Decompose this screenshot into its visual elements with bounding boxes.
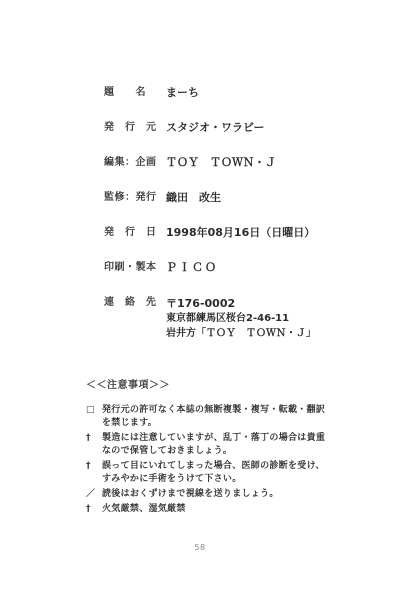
note-item: ／ 読後はおくずけまで視線を送りましょう。	[86, 488, 332, 501]
notes-header: ＜＜注意事項＞＞	[86, 376, 332, 391]
colophon-row-editing: 編集：企画 ＴＯＹ ＴＯＷＮ・Ｊ	[104, 156, 364, 170]
issue-date-label: 発 行 日	[104, 226, 166, 240]
note-item: † 製造には注意していますが、乱丁・落丁の場合は貴重なので保管しておきましょう。	[86, 432, 332, 458]
supervision-value: 織田 改生	[166, 191, 221, 205]
printing-label: 印刷・製本	[104, 261, 166, 275]
supervision-label: 監修：発行	[104, 191, 166, 205]
colophon-row-printing: 印刷・製本 ＰＩＣＯ	[104, 261, 364, 275]
contact-address: 東京都練馬区桜台2-46-11	[166, 311, 316, 326]
colophon-row-supervision: 監修：発行 織田 改生	[104, 191, 364, 205]
colophon-block: 題 名 まーち 発 行 元 スタジオ・ワラビー 編集：企画 ＴＯＹ ＴＯＷＮ・Ｊ…	[104, 86, 364, 362]
colophon-row-issue-date: 発 行 日 1998年08月16日（日曜日）	[104, 226, 364, 240]
note-text: 誤って目にいれてしまった場合、医師の診断を受け、すみやかに手術をうけて下さい。	[102, 460, 332, 486]
note-text: 製造には注意していますが、乱丁・落丁の場合は貴重なので保管しておきましょう。	[102, 432, 332, 458]
note-text: 読後はおくずけまで視線を送りましょう。	[102, 488, 332, 501]
publisher-label: 発 行 元	[104, 121, 166, 135]
editing-label: 編集：企画	[104, 156, 166, 170]
page-number: 58	[188, 543, 212, 552]
note-marker-icon: □	[86, 404, 102, 417]
contact-postal-code: 〒176-0002	[166, 296, 316, 311]
note-item: □ 発行元の許可なく本誌の無断複製・複写・転載・翻訳を禁じます。	[86, 404, 332, 430]
contact-value: 〒176-0002 東京都練馬区桜台2-46-11 岩井方「ＴＯＹ ＴＯＷＮ・Ｊ…	[166, 296, 316, 341]
editing-value: ＴＯＹ ＴＯＷＮ・Ｊ	[166, 156, 276, 170]
note-marker-icon: †	[86, 432, 102, 445]
note-marker-icon: †	[86, 460, 102, 473]
notes-block: ＜＜注意事項＞＞ □ 発行元の許可なく本誌の無断複製・複写・転載・翻訳を禁じます…	[86, 376, 332, 518]
note-marker-icon: †	[86, 503, 102, 516]
publisher-value: スタジオ・ワラビー	[166, 121, 265, 135]
issue-date-value: 1998年08月16日（日曜日）	[166, 226, 315, 240]
colophon-row-contact: 連 絡 先 〒176-0002 東京都練馬区桜台2-46-11 岩井方「ＴＯＹ …	[104, 296, 364, 341]
colophon-row-title: 題 名 まーち	[104, 86, 364, 100]
note-item: † 火気厳禁、湿気厳禁	[86, 503, 332, 516]
colophon-row-publisher: 発 行 元 スタジオ・ワラビー	[104, 121, 364, 135]
note-item: † 誤って目にいれてしまった場合、医師の診断を受け、すみやかに手術をうけて下さい…	[86, 460, 332, 486]
title-value: まーち	[166, 86, 199, 100]
note-text: 発行元の許可なく本誌の無断複製・複写・転載・翻訳を禁じます。	[102, 404, 332, 430]
contact-label: 連 絡 先	[104, 296, 166, 310]
note-text: 火気厳禁、湿気厳禁	[102, 503, 332, 516]
title-label: 題 名	[104, 86, 166, 100]
printing-value: ＰＩＣＯ	[166, 261, 218, 275]
note-marker-icon: ／	[86, 488, 102, 501]
colophon-page: 題 名 まーち 発 行 元 スタジオ・ワラビー 編集：企画 ＴＯＹ ＴＯＷＮ・Ｊ…	[0, 0, 400, 590]
contact-care-of: 岩井方「ＴＯＹ ＴＯＷＮ・Ｊ」	[166, 326, 316, 341]
